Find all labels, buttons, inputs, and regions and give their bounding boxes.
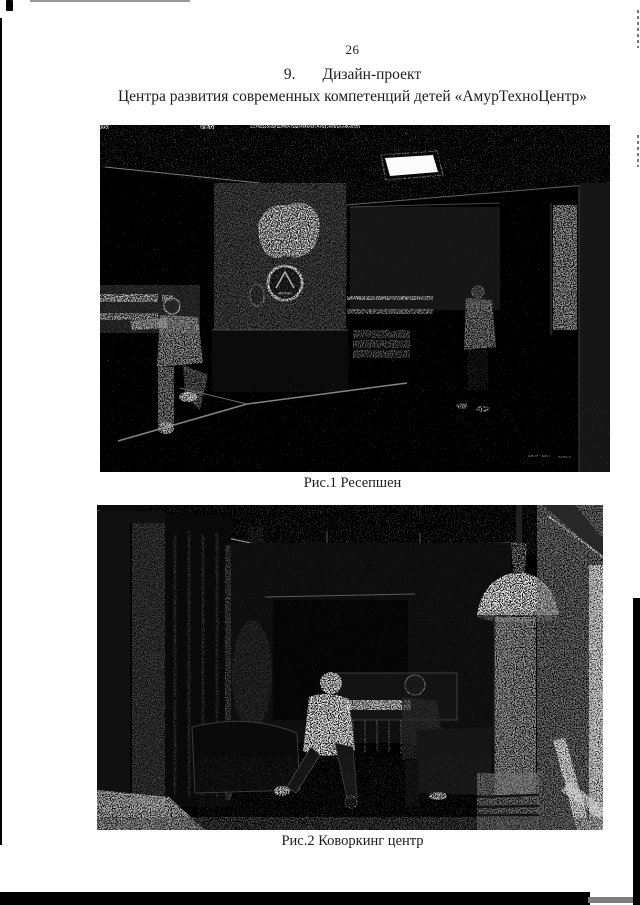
scan-edge-right-dashes — [637, 135, 639, 167]
scanned-document-page: 26 9. Дизайн-проект Центра развития совр… — [0, 0, 640, 905]
region-map-shape — [258, 203, 320, 258]
page-number: 26 — [65, 42, 640, 58]
figure-2-caption: Рис.2 Коворкинг центр — [65, 833, 640, 850]
figure-1-caption: Рис.1 Ресепшен — [65, 475, 640, 492]
plant-silhouette — [232, 620, 272, 730]
figure-1-reception-image — [100, 125, 610, 472]
scan-edge-bottom-bar — [0, 892, 590, 905]
scan-corner-mark — [6, 0, 13, 11]
scan-edge-left-line — [0, 18, 2, 845]
wardrobe — [97, 511, 165, 811]
section-number: 9. — [284, 66, 296, 84]
figure-2-coworking-image — [97, 505, 603, 830]
section-title: Дизайн-проект — [323, 66, 422, 84]
section-heading: 9. Дизайн-проект — [65, 66, 640, 84]
reception-render — [100, 125, 610, 472]
round-logo — [268, 266, 302, 300]
logo-wall — [214, 183, 346, 333]
scan-edge-top-line — [30, 0, 190, 2]
section-subtitle: Центра развития современных компетенций … — [65, 88, 640, 106]
scan-edge-bottom-gray — [588, 897, 633, 903]
coworking-render — [97, 505, 603, 830]
receptionist-head — [250, 284, 264, 306]
scan-edge-right-bar — [633, 598, 640, 905]
